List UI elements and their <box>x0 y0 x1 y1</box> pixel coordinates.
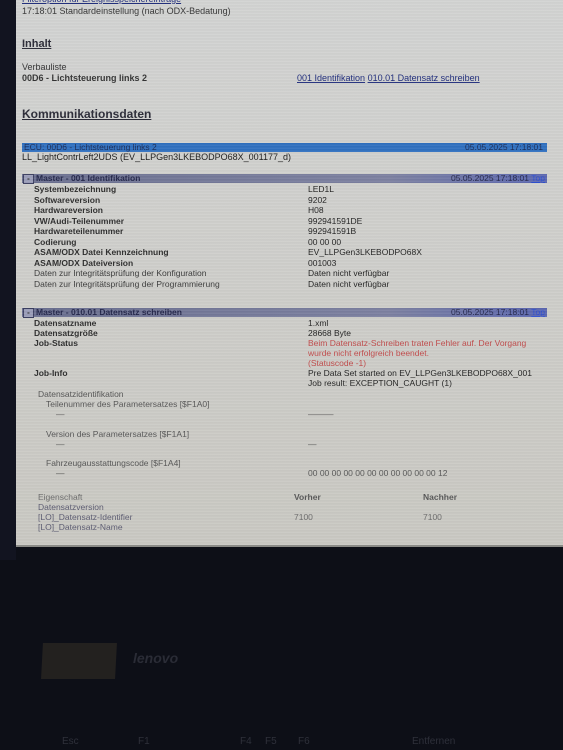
ident-item-sub: — <box>56 409 65 419</box>
ident-row-label: Softwareversion <box>34 195 100 205</box>
verbauliste-label: Verbauliste <box>22 62 67 72</box>
key-esc: Esc <box>62 736 79 747</box>
inhalt-links: 001 Identifikation 010.01 Datensatz schr… <box>297 73 480 83</box>
key-entfernen: Entfernen <box>412 736 455 747</box>
ident-item-label: Version des Parametersatzes [$F1A1] <box>46 429 189 439</box>
ident-row-label: Daten zur Integritätsprüfung der Konfigu… <box>34 268 206 278</box>
key-f4: F4 <box>240 736 252 747</box>
report-subtitle: 17:18:01 Standardeinstellung (nach ODX-B… <box>22 6 231 16</box>
ident-row-value: LED1L <box>308 184 334 194</box>
ident-row-label: ASAM/ODX Datei Kennzeichnung <box>34 247 169 257</box>
top-link-identifikation[interactable]: Top <box>531 174 545 183</box>
ident-row-value: 992941591B <box>308 226 356 236</box>
ident-item-value: ——— <box>308 409 334 419</box>
link-identifikation[interactable]: 001 Identifikation <box>297 73 365 83</box>
ident-row-label: Hardwareteilenummer <box>34 226 123 236</box>
ecu-bar-label: ECU: 00D6 - Lichtsteuerung links 2 <box>24 143 157 152</box>
compare-row-label: [LO]_Datensatz-Name <box>38 522 123 532</box>
section-identifikation-title: Master - 001 Identifikation <box>36 174 140 183</box>
ident-row-value: EV_LLPGen3LKEBODPO68X <box>308 247 422 257</box>
ident-item-label: Fahrzeugausstattungscode [$F1A4] <box>46 458 181 468</box>
ident-row-value: 9202 <box>308 195 327 205</box>
job-info-line-2: Job result: EXCEPTION_CAUGHT (1) <box>308 378 452 388</box>
datensatzidentifikation-label: Datensatzidentifikation <box>38 389 124 399</box>
kommunikationsdaten-heading: Kommunikationsdaten <box>22 107 151 121</box>
ident-row-label: ASAM/ODX Dateiversion <box>34 258 133 268</box>
sticker-badge <box>41 643 117 679</box>
section-identifikation-timestamp: 05.05.2025 17:18:01 <box>451 174 529 183</box>
section-datensatz-timestamp: 05.05.2025 17:18:01 <box>451 308 529 317</box>
ident-row-label: Systembezeichnung <box>34 184 116 194</box>
key-f6: F6 <box>298 736 310 747</box>
compare-header-nachher: Nachher <box>423 492 457 502</box>
datensatzgroesse-label: Datensatzgröße <box>34 328 98 338</box>
lenovo-logo: lenovo <box>133 650 178 666</box>
ident-item-label: Teilenummer des Parametersatzes [$F1A0] <box>46 399 209 409</box>
verbauliste-ecu-entry: 00D6 - Lichtsteuerung links 2 <box>22 73 147 83</box>
ident-row-value: 992941591DE <box>308 216 362 226</box>
ident-row-value: 00 00 00 <box>308 237 341 247</box>
ident-row-value: Daten nicht verfügbar <box>308 268 389 278</box>
compare-row-label: [LO]_Datensatz-Identifier <box>38 512 133 522</box>
ident-item-sub: — <box>56 468 65 478</box>
ident-row-label: VW/Audi-Teilenummer <box>34 216 124 226</box>
screen-bezel-left <box>0 0 16 560</box>
collapse-toggle-identifikation[interactable]: - <box>23 174 34 184</box>
compare-header-vorher: Vorher <box>294 492 321 502</box>
compare-row-vorher: 7100 <box>294 512 313 522</box>
ident-row-label: Daten zur Integritätsprüfung der Program… <box>34 279 220 289</box>
ecu-header-bar: ECU: 00D6 - Lichtsteuerung links 2 05.05… <box>22 143 547 152</box>
section-datensatz-bar: - Master - 010.01 Datensatz schreiben 05… <box>22 308 547 317</box>
datensatzgroesse-value: 28668 Byte <box>308 328 351 338</box>
datensatzname-label: Datensatzname <box>34 318 96 328</box>
compare-header-eigenschaft: Eigenschaft <box>38 492 82 502</box>
job-status-line-1: Beim Datensatz-Schreiben traten Fehler a… <box>308 338 526 348</box>
section-datensatz-title: Master - 010.01 Datensatz schreiben <box>36 308 182 317</box>
compare-row-nachher: 7100 <box>423 512 442 522</box>
job-info-label: Job-Info <box>34 368 68 378</box>
key-f5: F5 <box>265 736 277 747</box>
compare-row-label: Datensatzversion <box>38 502 104 512</box>
ecu-bar-timestamp: 05.05.2025 17:18:01 <box>465 143 543 152</box>
section-identifikation-bar: - Master - 001 Identifikation 05.05.2025… <box>22 174 547 183</box>
filter-option-link[interactable]: Filteroption für Ereignisspeichereinträg… <box>22 0 181 4</box>
top-link-datensatz[interactable]: Top <box>531 308 545 317</box>
datensatzname-value: 1.xml <box>308 318 328 328</box>
job-status-label: Job-Status <box>34 338 78 348</box>
ident-row-label: Hardwareversion <box>34 205 103 215</box>
job-status-line-3: (Statuscode -1) <box>308 358 366 368</box>
key-f1: F1 <box>138 736 150 747</box>
job-status-line-2: wurde nicht erfolgreich beendet. <box>308 348 429 358</box>
ecu-variant: LL_LightContrLeft2UDS (EV_LLPGen3LKEBODP… <box>22 152 291 162</box>
job-info-line-1: Pre Data Set started on EV_LLPGen3LKEBOD… <box>308 368 532 378</box>
ident-item-value: — <box>308 439 317 449</box>
collapse-toggle-datensatz[interactable]: - <box>23 308 34 318</box>
link-datensatz-schreiben[interactable]: 010.01 Datensatz schreiben <box>368 73 480 83</box>
diagnostic-report-window: Filteroption für Ereignisspeichereinträg… <box>16 0 563 547</box>
ident-item-value: 00 00 00 00 00 00 00 00 00 00 00 12 <box>308 468 447 478</box>
ident-item-sub: — <box>56 439 65 449</box>
ident-row-label: Codierung <box>34 237 77 247</box>
inhalt-heading: Inhalt <box>22 38 51 50</box>
ident-row-value: 001003 <box>308 258 336 268</box>
ident-row-value: Daten nicht verfügbar <box>308 279 389 289</box>
ident-row-value: H08 <box>308 205 324 215</box>
